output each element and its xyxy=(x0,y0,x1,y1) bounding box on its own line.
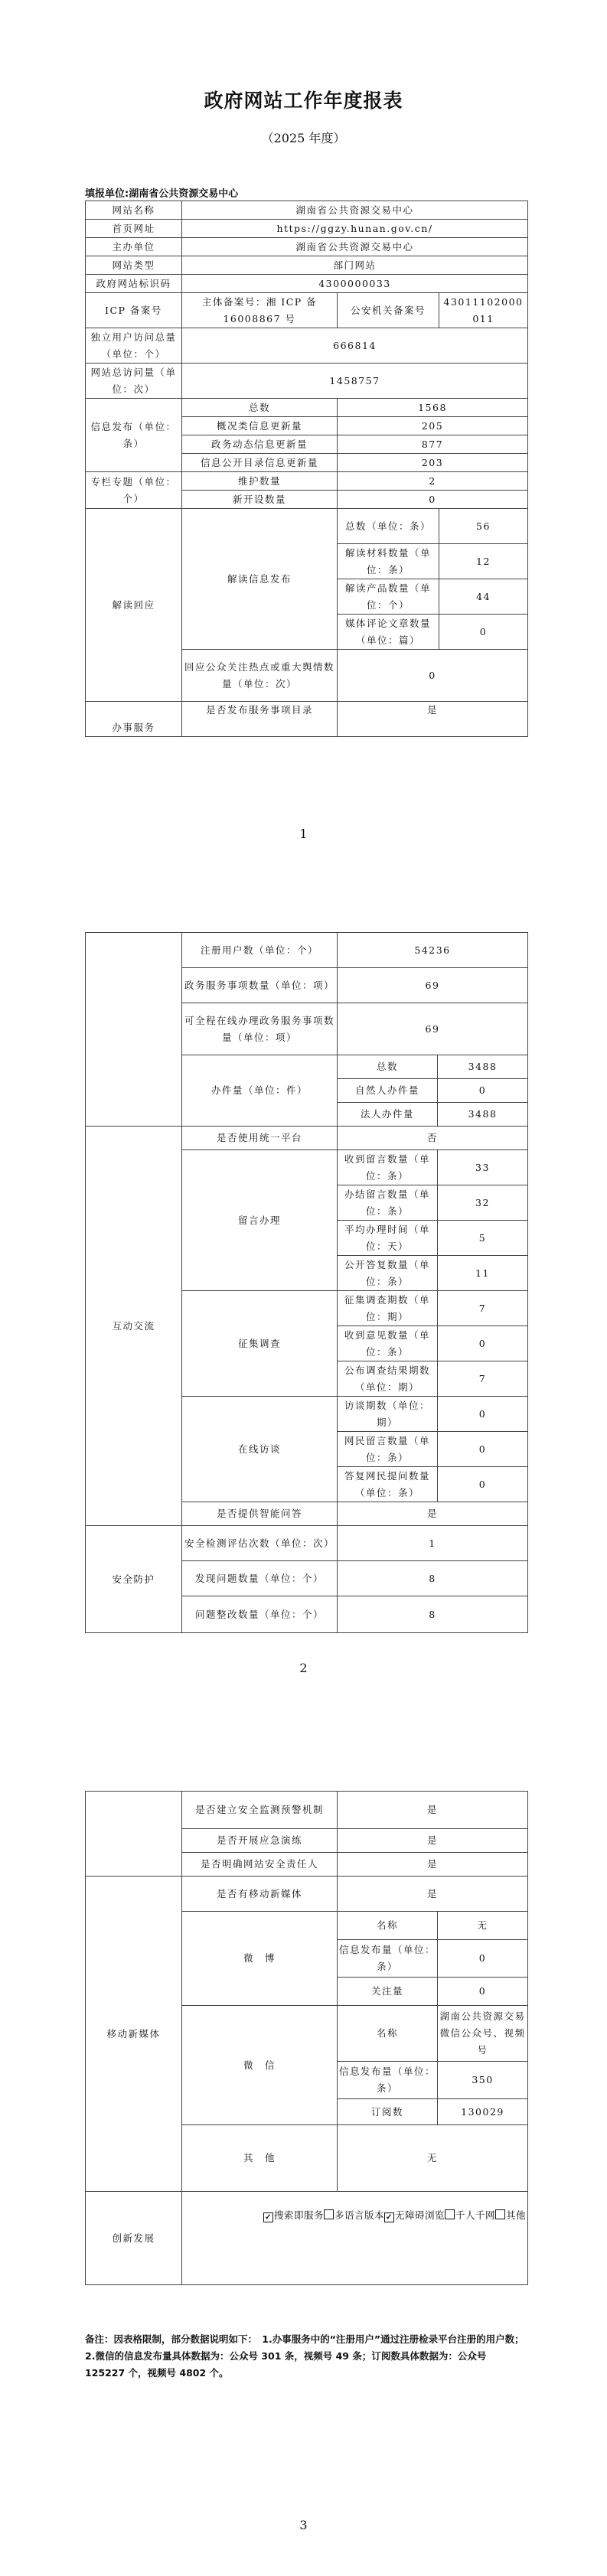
label-interpretation: 解读回应 xyxy=(86,509,182,702)
value-has-media: 是 xyxy=(338,1877,528,1912)
label-interp-publish: 解读信息发布 xyxy=(182,509,338,650)
label-survey: 征集调查 xyxy=(182,1291,338,1397)
option-accessibility[interactable]: ✓无障碍浏览 xyxy=(384,2209,445,2221)
info-row-label: 总数 xyxy=(182,399,338,417)
case-row-label: 法人办件量 xyxy=(338,1103,438,1127)
report-table-page-1: 网站名称湖南省公共资源交易中心 首页网址https://ggzy.hunan.g… xyxy=(85,201,528,737)
checkbox-unchecked-icon[interactable] xyxy=(445,2209,455,2219)
label-icp: ICP 备案号 xyxy=(86,293,182,328)
message-row-label: 收到留言数量（单位：条） xyxy=(338,1150,438,1185)
label-police: 公安机关备案号 xyxy=(338,293,439,328)
wechat-row-label: 信息发布量（单位：条） xyxy=(338,2062,438,2099)
label-platform: 是否使用统一平台 xyxy=(182,1127,338,1150)
wechat-row-value: 350 xyxy=(438,2062,528,2099)
value-qa: 是 xyxy=(338,1502,528,1526)
security-row-label: 安全检测评估次数（单位：次） xyxy=(182,1526,338,1561)
info-row-value: 1568 xyxy=(338,399,528,417)
security-row-value: 是 xyxy=(338,1853,528,1877)
security-row-value: 8 xyxy=(338,1561,528,1596)
wechat-row-label: 订阅数 xyxy=(338,2099,438,2125)
label-security: 安全防护 xyxy=(86,1526,182,1633)
report-table-page-3: 是否建立安全监测预警机制是 是否开展应急演练是 是否明确网站安全责任人是 移动新… xyxy=(85,1791,528,2285)
interp-row-value: 0 xyxy=(439,615,528,650)
interview-row-value: 0 xyxy=(438,1397,528,1432)
value-other-media: 无 xyxy=(338,2125,528,2192)
option-label: 无障碍浏览 xyxy=(395,2209,445,2221)
value-site-name: 湖南省公共资源交易中心 xyxy=(182,201,528,220)
value-site-type: 部门网站 xyxy=(182,256,528,275)
interp-row-value: 12 xyxy=(439,544,528,579)
label-columns: 专栏专题（单位：个） xyxy=(86,472,182,509)
services-continued xyxy=(86,933,182,1127)
option-personalized[interactable]: 千人千网 xyxy=(445,2209,495,2221)
label-site-type: 网站类型 xyxy=(86,256,182,275)
page-number: 1 xyxy=(0,827,607,841)
checkbox-checked-icon[interactable]: ✓ xyxy=(384,2212,394,2222)
security-row-label: 发现问题数量（单位：个） xyxy=(182,1561,338,1596)
wechat-row-value: 130029 xyxy=(438,2099,528,2125)
value-response: 0 xyxy=(338,650,528,702)
column-row-label: 维护数量 xyxy=(182,472,338,491)
option-label: 千人千网 xyxy=(455,2209,495,2221)
page-number: 2 xyxy=(0,1661,607,1675)
case-row-value: 3488 xyxy=(438,1103,528,1127)
column-row-value: 2 xyxy=(338,472,528,491)
value-items: 69 xyxy=(338,968,528,1003)
weibo-row-value: 无 xyxy=(438,1912,528,1940)
security-row-value: 1 xyxy=(338,1526,528,1561)
option-search-service[interactable]: ✓搜索即服务 xyxy=(263,2209,324,2221)
column-row-value: 0 xyxy=(338,491,528,509)
survey-row-label: 公布调查结果期数（单位：期） xyxy=(338,1361,438,1397)
security-continued xyxy=(86,1792,182,1877)
label-messages: 留言办理 xyxy=(182,1150,338,1291)
interview-row-value: 0 xyxy=(438,1467,528,1502)
remarks-note: 备注：因表格限制，部分数据说明如下： 1.办事服务中的“注册用户”通过注册检录平… xyxy=(85,2331,527,2382)
value-police: 43011102000011 xyxy=(439,293,528,328)
info-row-label: 信息公开目录信息更新量 xyxy=(182,454,338,472)
message-row-label: 公开答复数量（单位：条） xyxy=(338,1256,438,1291)
message-row-label: 办结留言数量（单位：条） xyxy=(338,1185,438,1221)
label-catalog: 是否发布服务事项目录 xyxy=(182,702,338,737)
value-pv: 1458757 xyxy=(182,364,528,399)
value-url[interactable]: https://ggzy.hunan.gov.cn/ xyxy=(182,220,528,238)
label-info-publish: 信息发布（单位：条） xyxy=(86,399,182,472)
option-label: 搜索即服务 xyxy=(274,2209,324,2221)
value-site-code: 4300000033 xyxy=(182,275,528,293)
label-media: 移动新媒体 xyxy=(86,1877,182,2192)
message-row-value: 32 xyxy=(438,1185,528,1221)
report-table-page-2: 注册用户数（单位：个）54236 政务服务事项数量（单位：项）69 可全程在线办… xyxy=(85,932,528,1633)
message-row-value: 33 xyxy=(438,1150,528,1185)
label-sponsor: 主办单位 xyxy=(86,238,182,256)
label-url: 首页网址 xyxy=(86,220,182,238)
wechat-row-label: 名称 xyxy=(338,2006,438,2062)
label-site-name: 网站名称 xyxy=(86,201,182,220)
message-row-value: 11 xyxy=(438,1256,528,1291)
label-site-code: 政府网站标识码 xyxy=(86,275,182,293)
label-cases: 办件量（单位：件） xyxy=(182,1055,338,1127)
weibo-row-value: 0 xyxy=(438,1978,528,2006)
info-row-label: 政务动态信息更新量 xyxy=(182,435,338,454)
interview-row-value: 0 xyxy=(438,1432,528,1467)
innovation-options: ✓搜索即服务多语言版本✓无障碍浏览千人千网其他 xyxy=(182,2192,528,2285)
label-innovation: 创新发展 xyxy=(86,2192,182,2285)
report-year: （2025 年度） xyxy=(0,129,607,146)
case-row-value: 0 xyxy=(438,1079,528,1103)
label-has-media: 是否有移动新媒体 xyxy=(182,1877,338,1912)
label-uv: 独立用户访问总量（单位：个） xyxy=(86,328,182,364)
weibo-row-label: 关注量 xyxy=(338,1978,438,2006)
value-icp: 主体备案号：湘 ICP 备 16008867 号 xyxy=(182,293,338,328)
checkbox-unchecked-icon[interactable] xyxy=(324,2209,334,2219)
interp-row-label: 总数（单位：条） xyxy=(338,509,439,544)
option-label: 其他 xyxy=(506,2209,526,2221)
label-interview: 在线访谈 xyxy=(182,1397,338,1502)
security-row-value: 是 xyxy=(338,1829,528,1853)
security-row-label: 是否建立安全监测预警机制 xyxy=(182,1792,338,1829)
interview-row-label: 答复网民提问数量（单位：条） xyxy=(338,1467,438,1502)
interp-row-label: 解读材料数量（单位：条） xyxy=(338,544,439,579)
security-row-value: 8 xyxy=(338,1596,528,1633)
security-row-label: 是否明确网站安全责任人 xyxy=(182,1853,338,1877)
column-row-label: 新开设数量 xyxy=(182,491,338,509)
info-row-value: 203 xyxy=(338,454,528,472)
case-row-label: 总数 xyxy=(338,1055,438,1079)
label-users: 注册用户数（单位：个） xyxy=(182,933,338,968)
label-services: 办事服务 xyxy=(86,702,182,737)
survey-row-value: 7 xyxy=(438,1361,528,1397)
checkbox-unchecked-icon[interactable] xyxy=(495,2209,505,2219)
page-number: 3 xyxy=(0,2518,607,2532)
interp-row-label: 解读产品数量（单位：个） xyxy=(338,579,439,615)
option-other[interactable]: 其他 xyxy=(495,2209,526,2221)
interview-row-label: 访谈期数（单位：期） xyxy=(338,1397,438,1432)
value-sponsor: 湖南省公共资源交易中心 xyxy=(182,238,528,256)
wechat-row-value: 湖南公共资源交易微信公众号、视频号 xyxy=(438,2006,528,2062)
survey-row-label: 征集调查期数（单位：期） xyxy=(338,1291,438,1326)
checkbox-checked-icon[interactable]: ✓ xyxy=(263,2212,273,2222)
value-platform: 否 xyxy=(338,1127,528,1150)
value-users: 54236 xyxy=(338,933,528,968)
label-weibo: 微 博 xyxy=(182,1912,338,2006)
value-online: 69 xyxy=(338,1003,528,1055)
info-row-value: 877 xyxy=(338,435,528,454)
option-label: 多语言版本 xyxy=(335,2209,384,2221)
message-row-value: 5 xyxy=(438,1221,528,1256)
label-online: 可全程在线办理政务服务事项数量（单位：项） xyxy=(182,1003,338,1055)
case-row-value: 3488 xyxy=(438,1055,528,1079)
label-qa: 是否提供智能问答 xyxy=(182,1502,338,1526)
reporting-unit: 填报单位:湖南省公共资源交易中心 xyxy=(85,185,238,200)
label-interaction: 互动交流 xyxy=(86,1127,182,1526)
label-response: 回应公众关注热点或重大舆情数量（单位：次） xyxy=(182,650,338,702)
survey-row-label: 收到意见数量（单位：条） xyxy=(338,1326,438,1361)
weibo-row-label: 信息发布量（单位：条） xyxy=(338,1940,438,1978)
security-row-value: 是 xyxy=(338,1792,528,1829)
case-row-label: 自然人办件量 xyxy=(338,1079,438,1103)
label-wechat: 微 信 xyxy=(182,2006,338,2125)
interp-row-label: 媒体评论文章数量（单位：篇） xyxy=(338,615,439,650)
security-row-label: 问题整改数量（单位：个） xyxy=(182,1596,338,1633)
interp-row-value: 56 xyxy=(439,509,528,544)
value-uv: 666814 xyxy=(182,328,528,364)
report-title: 政府网站工作年度报表 xyxy=(0,86,607,113)
weibo-row-value: 0 xyxy=(438,1940,528,1978)
weibo-row-label: 名称 xyxy=(338,1912,438,1940)
label-other-media: 其 他 xyxy=(182,2125,338,2192)
message-row-label: 平均办理时间（单位：天） xyxy=(338,1221,438,1256)
survey-row-value: 0 xyxy=(438,1326,528,1361)
info-row-value: 205 xyxy=(338,417,528,435)
interview-row-label: 网民留言数量（单位：条） xyxy=(338,1432,438,1467)
survey-row-value: 7 xyxy=(438,1291,528,1326)
label-items: 政务服务事项数量（单位：项） xyxy=(182,968,338,1003)
label-pv: 网站总访问量（单位：次） xyxy=(86,364,182,399)
option-multilingual[interactable]: 多语言版本 xyxy=(324,2209,384,2221)
value-catalog: 是 xyxy=(338,702,528,737)
info-row-label: 概况类信息更新量 xyxy=(182,417,338,435)
interp-row-value: 44 xyxy=(439,579,528,615)
security-row-label: 是否开展应急演练 xyxy=(182,1829,338,1853)
